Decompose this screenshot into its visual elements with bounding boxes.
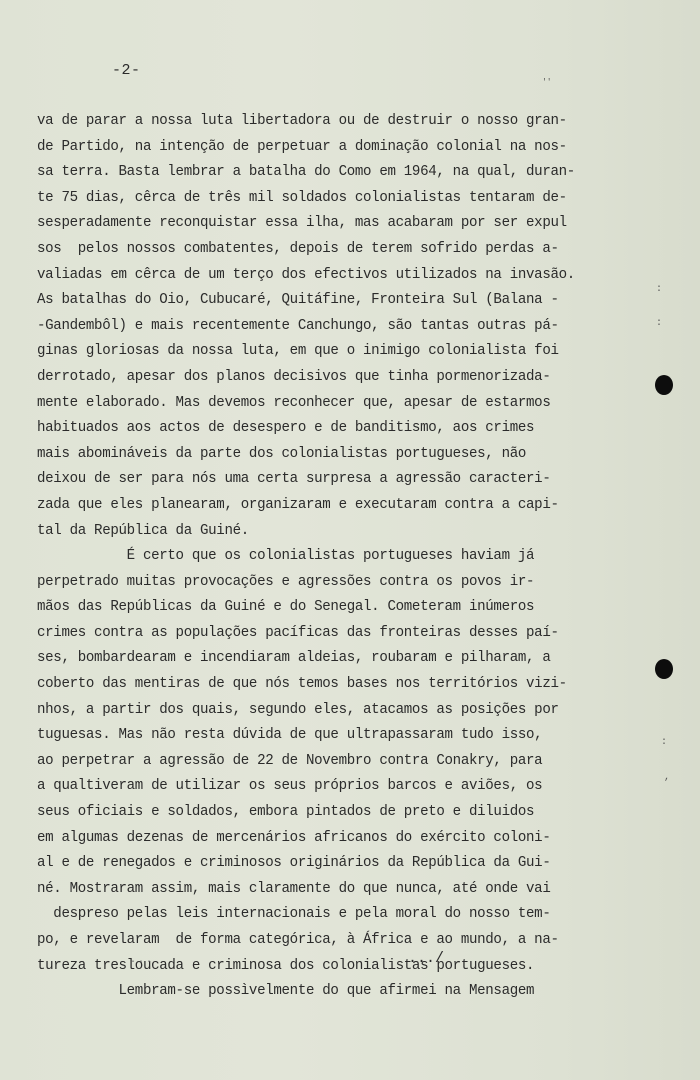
text-line: É certo que os colonialistas portugueses…: [37, 543, 595, 569]
text-line: po, e revelaram de forma categórica, à Á…: [37, 927, 595, 953]
margin-mark: :: [656, 318, 662, 329]
text-line: sos pelos nossos combatentes, depois de …: [37, 236, 595, 262]
text-line: tureza tresloucada e criminosa dos colon…: [37, 953, 595, 979]
text-line: Lembram-se possìvelmente do que afirmei …: [37, 978, 595, 1004]
text-line: mãos das Repúblicas da Guiné e do Senega…: [37, 594, 595, 620]
text-line: ao perpetrar a agressão de 22 de Novembr…: [37, 748, 595, 774]
text-line: valiadas em cêrca de um terço dos efecti…: [37, 262, 595, 288]
punch-hole-icon: [655, 659, 673, 679]
margin-mark: ,: [664, 772, 670, 783]
margin-mark: :: [661, 737, 667, 748]
text-line: te 75 dias, cêrca de três mil soldados c…: [37, 185, 595, 211]
stray-dots: ...: [130, 955, 154, 966]
punch-hole-icon: [655, 375, 673, 395]
text-line: -Gandembôl) e mais recentemente Canchung…: [37, 313, 595, 339]
text-line: seus oficiais e soldados, embora pintado…: [37, 799, 595, 825]
text-line: a qualtiveram de utilizar os seus própri…: [37, 773, 595, 799]
text-line: derrotado, apesar dos planos decisivos q…: [37, 364, 595, 390]
text-line: em algumas dezenas de mercenários africa…: [37, 825, 595, 851]
text-line: mente elaborado. Mas devemos reconhecer …: [37, 390, 595, 416]
margin-mark: :: [656, 284, 662, 295]
margin-mark: '': [542, 78, 552, 87]
text-line: tal da República da Guiné.: [37, 518, 595, 544]
text-line: tuguesas. Mas não resta dúvida de que ul…: [37, 722, 595, 748]
text-line: deixou de ser para nós uma certa surpres…: [37, 466, 595, 492]
text-line: nhos, a partir dos quais, segundo eles, …: [37, 697, 595, 723]
text-line: mais abomináveis da parte dos colonialis…: [37, 441, 595, 467]
text-line: zada que eles planearam, organizaram e e…: [37, 492, 595, 518]
text-line: va de parar a nossa luta libertadora ou …: [37, 108, 595, 134]
text-line: sa terra. Basta lembrar a batalha do Com…: [37, 159, 595, 185]
page-number: -2-: [112, 62, 141, 79]
text-line: As batalhas do Oio, Cubucaré, Quitáfine,…: [37, 287, 595, 313]
document-page: -2- va de parar a nossa luta libertadora…: [0, 0, 700, 1080]
continuation-mark: .../: [408, 950, 444, 967]
text-line: habituados aos actos de desespero e de b…: [37, 415, 595, 441]
body-text: va de parar a nossa luta libertadora ou …: [37, 108, 637, 1004]
text-line: despreso pelas leis internacionais e pel…: [37, 901, 595, 927]
text-line: ses, bombardearam e incendiaram aldeias,…: [37, 645, 595, 671]
text-line: al e de renegados e criminosos originári…: [37, 850, 595, 876]
text-line: ginas gloriosas da nossa luta, em que o …: [37, 338, 595, 364]
text-line: crimes contra as populações pacíficas da…: [37, 620, 595, 646]
text-line: perpetrado muitas provocações e agressõe…: [37, 569, 595, 595]
text-line: sesperadamente reconquistar essa ilha, m…: [37, 210, 595, 236]
text-line: de Partido, na intenção de perpetuar a d…: [37, 134, 595, 160]
text-line: né. Mostraram assim, mais claramente do …: [37, 876, 595, 902]
text-line: coberto das mentiras de que nós temos ba…: [37, 671, 595, 697]
